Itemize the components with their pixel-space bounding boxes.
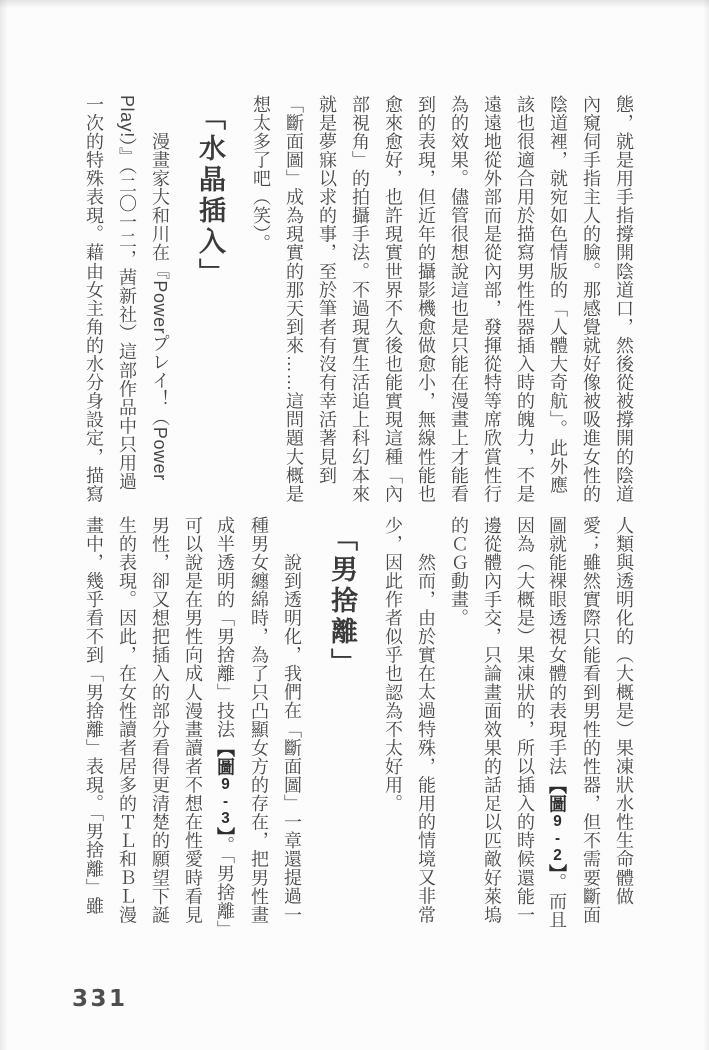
text-column: 態，就是用手指撐開陰道口，然後從被撐開的陰道 <box>614 95 633 507</box>
figure-number: 9-2 <box>549 813 566 864</box>
text-column: 「斷面圖」成為現實的那天到來……這問題大概是 <box>284 95 303 507</box>
page-number: 331 <box>72 986 128 1012</box>
text-column: 可以說是在男性向成人漫畫讀者不想在性愛時看見 <box>183 516 202 928</box>
text-column: 陰道裡，就宛如色情版的「人體大奇航」。此外應 <box>548 95 567 507</box>
text-column: 部視角」的拍攝手法。不過現實生活追上科幻本來 <box>350 95 369 507</box>
text-column: Play!）』（二〇一二，茜新社）這部作品中只用過 <box>117 95 136 507</box>
text-column: 邊從體內手交，只論畫面效果的話足以匹敵好萊塢 <box>482 516 501 928</box>
text-column: 圖就能裸眼透視女體的表現手法【圖9-2】。而且 <box>548 516 567 928</box>
text-column: 畫中，幾乎看不到「男捨離」表現。「男捨離」雖 <box>84 516 103 928</box>
section-heading: 「水晶插入」 <box>195 95 225 507</box>
text-column: 少，因此作者似乎也認為不太好用。 <box>383 516 402 928</box>
text-block-bottom: 人類與透明化的（大概是）果凍狀水性生命體做愛；雖然實際只能看到男性的性器，但不需… <box>84 516 633 928</box>
page-edge-shading-top <box>0 0 709 8</box>
figure-reference: 【圖9-2】 <box>547 776 567 874</box>
text-column: 內窺伺手指主人的臉。那感覺就好像被吸進女性的 <box>581 95 600 507</box>
text-column: 男性，卻又想把插入的部分看得更清楚的願望下誕 <box>150 516 169 928</box>
text-column: 遠遠地從外部而是從內部，發揮從特等席欣賞性行 <box>482 95 501 507</box>
text-column: 人類與透明化的（大概是）果凍狀水性生命體做 <box>614 516 633 928</box>
text-column: 一次的特殊表現。藉由女主角的水分身設定，描寫 <box>84 95 103 507</box>
text-block-top: 態，就是用手指撐開陰道口，然後從被撐開的陰道內窺伺手指主人的臉。那感覺就好像被吸… <box>84 95 633 507</box>
section-heading: 「男捨離」 <box>327 516 357 928</box>
page-edge-shading-left <box>0 0 8 1050</box>
text-column: 生的表現。因此，在女性讀者居多的ＴＬ和ＢＬ漫 <box>117 516 136 928</box>
text-column: 想太多了吧（笑）。 <box>251 95 270 507</box>
text-column: 就是夢寐以求的事，至於筆者有沒有幸活著見到 <box>317 95 336 507</box>
text-column: 然而，由於實在太過特殊，能用的情境又非常 <box>416 516 435 928</box>
page-edge-shading-right <box>703 0 709 1050</box>
text-column: 成半透明的「男捨離」技法【圖9-3】。「男捨離」 <box>216 516 235 928</box>
text-column: 的ＣＧ動畫。 <box>449 516 468 928</box>
text-column: 愛；雖然實際只能看到男性的性器，但不需要斷面 <box>581 516 600 928</box>
text-column: 種男女纏綿時，為了只凸顯女方的存在，把男性畫 <box>249 516 268 928</box>
text-column: 愈來愈好，也許現實世界不久後也能實現這種「內 <box>383 95 402 507</box>
figure-number: 9-3 <box>217 776 234 827</box>
book-page: 態，就是用手指撐開陰道口，然後從被撐開的陰道內窺伺手指主人的臉。那感覺就好像被吸… <box>0 0 709 1050</box>
figure-reference: 【圖9-3】 <box>215 739 235 837</box>
text-column: 為的效果。儘管很想說這也是只能在漫畫上才能看 <box>449 95 468 507</box>
text-column: 漫畫家大和川在『Powerプレイ！（Power <box>150 95 169 507</box>
text-column: 該也很適合用於描寫男性性器插入時的魄力，不是 <box>515 95 534 507</box>
text-column: 因為（大概是）果凍狀的，所以插入的時候還能一 <box>515 516 534 928</box>
text-column: 說到透明化，我們在「斷面圖」一章還提過一 <box>282 516 301 928</box>
text-column: 到的表現，但近年的攝影機愈做愈小，無線性能也 <box>416 95 435 507</box>
